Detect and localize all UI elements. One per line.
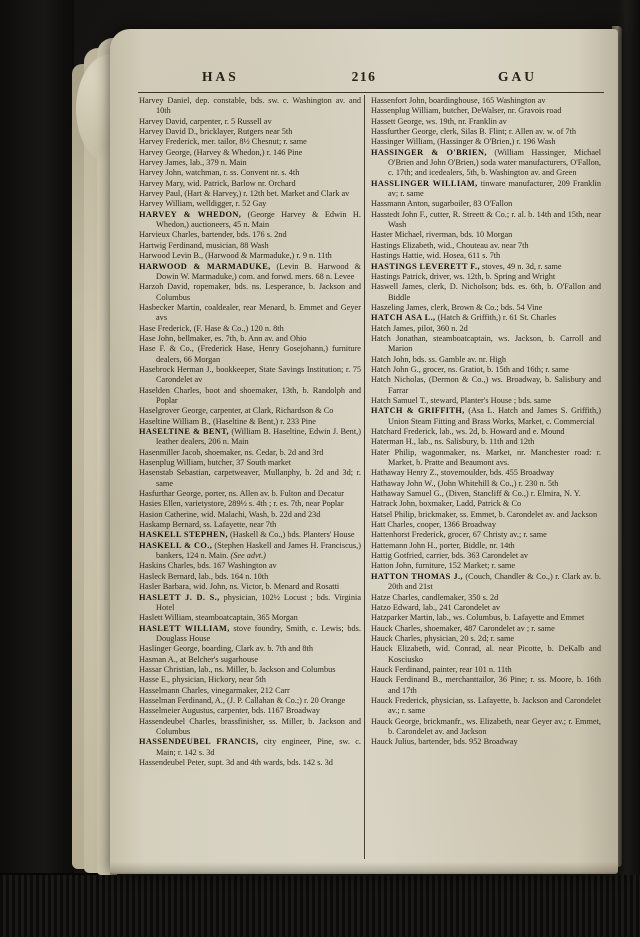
directory-entry: Hasman A., at Belcher's sugarhouse <box>139 655 361 665</box>
directory-entry: HATCH & GRIFFITH, (Asa L. Hatch and Jame… <box>371 406 601 427</box>
directory-entry: Hasse E., physician, Hickory, near 5th <box>139 675 361 685</box>
directory-entry: Haskins Charles, bds. 167 Washington av <box>139 561 361 571</box>
directory-entry: Haslett William, steamboatcaptain, 365 M… <box>139 613 361 623</box>
directory-entry: Hattemann John H., porter, Biddle, nr. 1… <box>371 541 601 551</box>
directory-entry: Haseltine William B., (Haseltine & Bent,… <box>139 417 361 427</box>
directory-entry: Hassmann Anton, sugarboiler, 83 O'Fallon <box>371 199 601 209</box>
entry-name-bold: HASSENDEUBEL FRANCIS, <box>139 737 259 746</box>
directory-entry: Hastings Elizabeth, wid., Chouteau av. n… <box>371 241 601 251</box>
directory-entry: Hase F. & Co., (Frederick Hase, Henry Go… <box>139 344 361 365</box>
directory-entry: Hatt Charles, cooper, 1366 Broadway <box>371 520 601 530</box>
directory-column-right: Hassenfort John, boardinghouse, 165 Wash… <box>371 96 601 748</box>
directory-entry: Harzoh David, ropemaker, bds. ns. Lesper… <box>139 282 361 303</box>
directory-entry: Hasenplug William, butcher, 37 South mar… <box>139 458 361 468</box>
directory-entry: Hasenmiller Jacob, shoemaker, ns. Cedar,… <box>139 448 361 458</box>
book-cover-bottom-ribbed <box>0 873 640 937</box>
directory-entry: Harvey William, welldigger, r. 52 Gay <box>139 199 361 209</box>
directory-entry: Hasion Catherine, wid. Malachi, Wash, b.… <box>139 510 361 520</box>
entry-name-bold: HASELTINE & BENT, <box>139 427 229 436</box>
directory-entry: Hassett George, ws. 19th, nr. Franklin a… <box>371 117 601 127</box>
directory-entry: Hassar Christian, lab., ns. Miller, b. J… <box>139 665 361 675</box>
directory-entry: Hatsel Philip, brickmaker, ss. Emmet, b.… <box>371 510 601 520</box>
directory-entry: Hatch John G., grocer, ns. Gratiot, b. 1… <box>371 365 601 375</box>
directory-entry: Hassenfort John, boardinghouse, 165 Wash… <box>371 96 601 106</box>
directory-entry: Hatrack John, boxmaker, Ladd, Patrick & … <box>371 499 601 509</box>
directory-entry: Hase Frederick, (F. Hase & Co.,) 120 n. … <box>139 324 361 334</box>
directory-entry: Harvey Daniel, dep. constable, bds. sw. … <box>139 96 361 117</box>
directory-entry: Hauck Ferdinand B., merchanttailor, 36 P… <box>371 675 601 696</box>
directory-entry: Haterman H., lab., ns. Salisbury, b. 11t… <box>371 437 601 447</box>
directory-entry: HATTON THOMAS J., (Couch, Chandler & Co.… <box>371 572 601 593</box>
directory-entry: Harvey George, (Harvey & Whedon,) r. 146… <box>139 148 361 158</box>
entry-name-bold: HASSINGER & O'BRIEN, <box>371 148 487 157</box>
directory-entry: Hathaway Samuel G., (Diven, Stancliff & … <box>371 489 601 499</box>
directory-entry: Haszeling James, clerk, Brown & Co.; bds… <box>371 303 601 313</box>
entry-name-bold: HASKELL & CO., <box>139 541 212 550</box>
directory-entry: Hassendeubel Charles, brassfinisher, ss.… <box>139 717 361 738</box>
entry-name-bold: HATCH & GRIFFITH, <box>371 406 465 415</box>
entry-name-bold: HARVEY & WHEDON, <box>139 210 241 219</box>
directory-entry: HASTINGS LEVERETT F., stoves, 49 n. 3d, … <box>371 262 601 272</box>
directory-entry: Hatton John, furniture, 152 Market; r. s… <box>371 561 601 571</box>
directory-entry: Harvey David, carpenter, r. 5 Russell av <box>139 117 361 127</box>
directory-entry: Hauck George, brickmanfr., ws. Elizabeth… <box>371 717 601 738</box>
directory-entry: Hatze Charles, candlemaker, 350 s. 2d <box>371 593 601 603</box>
directory-entry: Haselden Charles, boot and shoemaker, 13… <box>139 386 361 407</box>
directory-entry: Hatchard Frederick, lab., ws. 2d, b. How… <box>371 427 601 437</box>
directory-entry: Hasenstab Sebastian, carpetweaver, Mulla… <box>139 468 361 489</box>
entry-name-bold: HATCH ASA L., <box>371 313 436 322</box>
directory-entry: Hasselmeier Augustus, carpenter, bds. 11… <box>139 706 361 716</box>
directory-entry: Hathaway John W., (John Whitehill & Co.,… <box>371 479 601 489</box>
column-divider-rule <box>364 95 365 859</box>
directory-entry: Hassendeubel Peter, supt. 3d and 4th war… <box>139 758 361 768</box>
running-head: HAS 216 GAU <box>110 69 618 87</box>
directory-entry: Haslinger George, boarding, Clark av. b.… <box>139 644 361 654</box>
page-number: 216 <box>110 69 618 85</box>
directory-entry: HARWOOD & MARMADUKE, (Levin B. Harwood &… <box>139 262 361 283</box>
directory-entry: Hassinger William, (Hassinger & O'Brien,… <box>371 137 601 147</box>
directory-entry: HASLETT WILLIAM, stove foundry, Smith, c… <box>139 624 361 645</box>
directory-entry: HASKELL STEPHEN, (Haskell & Co.,) bds. P… <box>139 530 361 540</box>
directory-entry: Harvey James, lab., 379 n. Main <box>139 158 361 168</box>
entry-name-bold: HASKELL STEPHEN, <box>139 530 228 539</box>
entry-see-advt-note: (See advt.) <box>230 551 265 560</box>
directory-entry: Hassfurther George, clerk, Silas B. Flin… <box>371 127 601 137</box>
directory-entry: Hauck Charles, physician, 20 s. 2d; r. s… <box>371 634 601 644</box>
directory-entry: Hase John, bellmaker, es. 7th, b. Ann av… <box>139 334 361 344</box>
directory-entry: Hasstedt John F., cutter, R. Streett & C… <box>371 210 601 231</box>
directory-entry: Hasleck Bernard, lab., bds. 164 n. 10th <box>139 572 361 582</box>
directory-entry: Hasler Barbara, wid. John, ns. Victor, b… <box>139 582 361 592</box>
directory-entry: HARVEY & WHEDON, (George Harvey & Edwin … <box>139 210 361 231</box>
directory-entry: Harvieux Charles, bartender, bds. 176 s.… <box>139 230 361 240</box>
directory-entry: HASSINGER & O'BRIEN, (William Hassinger,… <box>371 148 601 179</box>
directory-entry: HASELTINE & BENT, (William B. Haseltine,… <box>139 427 361 448</box>
directory-entry: HASSENDEUBEL FRANCIS, city engineer, Pin… <box>139 737 361 758</box>
directory-entry: Hatch James, pilot, 360 n. 2d <box>371 324 601 334</box>
directory-entry: Haskamp Bernard, ss. Lafayette, near 7th <box>139 520 361 530</box>
entry-name-bold: HATTON THOMAS J., <box>371 572 463 581</box>
entry-name-bold: HASLETT WILLIAM, <box>139 624 230 633</box>
entry-name-bold: HASSLINGER WILLIAM, <box>371 179 478 188</box>
directory-column-left: Harvey Daniel, dep. constable, bds. sw. … <box>139 96 361 768</box>
running-head-right: GAU <box>498 69 537 85</box>
book-cover-left <box>0 0 74 937</box>
directory-entry: Hauck Ferdinand, painter, rear 101 n. 11… <box>371 665 601 675</box>
header-rule <box>138 92 604 93</box>
directory-entry: Harvey Frederick, mer. tailor, 8½ Chesnu… <box>139 137 361 147</box>
directory-entry: Harwood Levin B., (Harwood & Marmaduke,)… <box>139 251 361 261</box>
directory-entry: Hatch Samuel T., steward, Planter's Hous… <box>371 396 601 406</box>
directory-entry: Haster Michael, riverman, bds. 10 Morgan <box>371 230 601 240</box>
directory-entry: Hastings Hattie, wid. Hosea, 611 s. 7th <box>371 251 601 261</box>
directory-entry: Hauck Julius, bartender, bds. 952 Broadw… <box>371 737 601 747</box>
directory-entry: Harvey Paul, (Hart & Harvey,) r. 12th be… <box>139 189 361 199</box>
directory-entry: Haswell James, clerk, D. Nicholson; bds.… <box>371 282 601 303</box>
directory-entry: Hasfurthar George, porter, ns. Allen av.… <box>139 489 361 499</box>
directory-entry: Hasies Ellen, varietystore, 289½ s. 4th … <box>139 499 361 509</box>
directory-entry: Hatzo Edward, lab., 241 Carondelet av <box>371 603 601 613</box>
directory-entry: Harvey Mary, wid. Patrick, Barlow nr. Or… <box>139 179 361 189</box>
directory-entry: Hartwig Ferdinand, musician, 88 Wash <box>139 241 361 251</box>
directory-entry: Hauck Charles, shoemaker, 487 Carondelet… <box>371 624 601 634</box>
directory-entry: Hasebrock Herman J., bookkeeper, State S… <box>139 365 361 386</box>
directory-entry: Hatch John, bds. ss. Gamble av. nr. High <box>371 355 601 365</box>
directory-entry: Hasbecker Martin, coaldealer, rear Menar… <box>139 303 361 324</box>
directory-entry: Hauck Frederick, physician, ss. Lafayett… <box>371 696 601 717</box>
directory-entry: Hatzparker Martin, lab., ws. Columbus, b… <box>371 613 601 623</box>
directory-entry: HATCH ASA L., (Hatch & Griffith,) r. 61 … <box>371 313 601 323</box>
directory-entry: Haselgrover George, carpenter, at Clark,… <box>139 406 361 416</box>
directory-entry: Hatch Jonathan, steamboatcaptain, ws. Ja… <box>371 334 601 355</box>
directory-entry: HASKELL & CO., (Stephen Haskell and Jame… <box>139 541 361 562</box>
directory-page: HAS 216 GAU Harvey Daniel, dep. constabl… <box>110 29 618 874</box>
entry-name-bold: HASTINGS LEVERETT F., <box>371 262 480 271</box>
directory-entry: Hauck Elizabeth, wid. Conrad, al. near P… <box>371 644 601 665</box>
directory-entry: Harvey David D., bricklayer, Rutgers nea… <box>139 127 361 137</box>
directory-entry: Harvey John, watchman, r. ss. Convent nr… <box>139 168 361 178</box>
directory-entry: Hattig Gotfried, carrier, bds. 363 Caron… <box>371 551 601 561</box>
directory-entry: Hastings Patrick, driver, ws. 12th, b. S… <box>371 272 601 282</box>
entry-name-bold: HASLETT J. D. S., <box>139 593 220 602</box>
directory-entry: Hattenhorst Frederick, grocer, 67 Christ… <box>371 530 601 540</box>
directory-entry: HASSLINGER WILLIAM, tinware manufacturer… <box>371 179 601 200</box>
directory-entry: Hasselman Ferdinand, A., (J. P. Callahan… <box>139 696 361 706</box>
directory-entry: HASLETT J. D. S., physician, 102½ Locust… <box>139 593 361 614</box>
entry-name-bold: HARWOOD & MARMADUKE, <box>139 262 271 271</box>
directory-entry: Hasselmann Charles, vinegarmaker, 212 Ca… <box>139 686 361 696</box>
directory-entry: Hater Philip, wagonmaker, ns. Market, nr… <box>371 448 601 469</box>
directory-entry: Hassenplug William, butcher, DeWalser, n… <box>371 106 601 116</box>
directory-entry: Hathaway Henry Z., stovemoulder, bds. 45… <box>371 468 601 478</box>
directory-entry: Hatch Nicholas, (Dermon & Co.,) ws. Broa… <box>371 375 601 396</box>
